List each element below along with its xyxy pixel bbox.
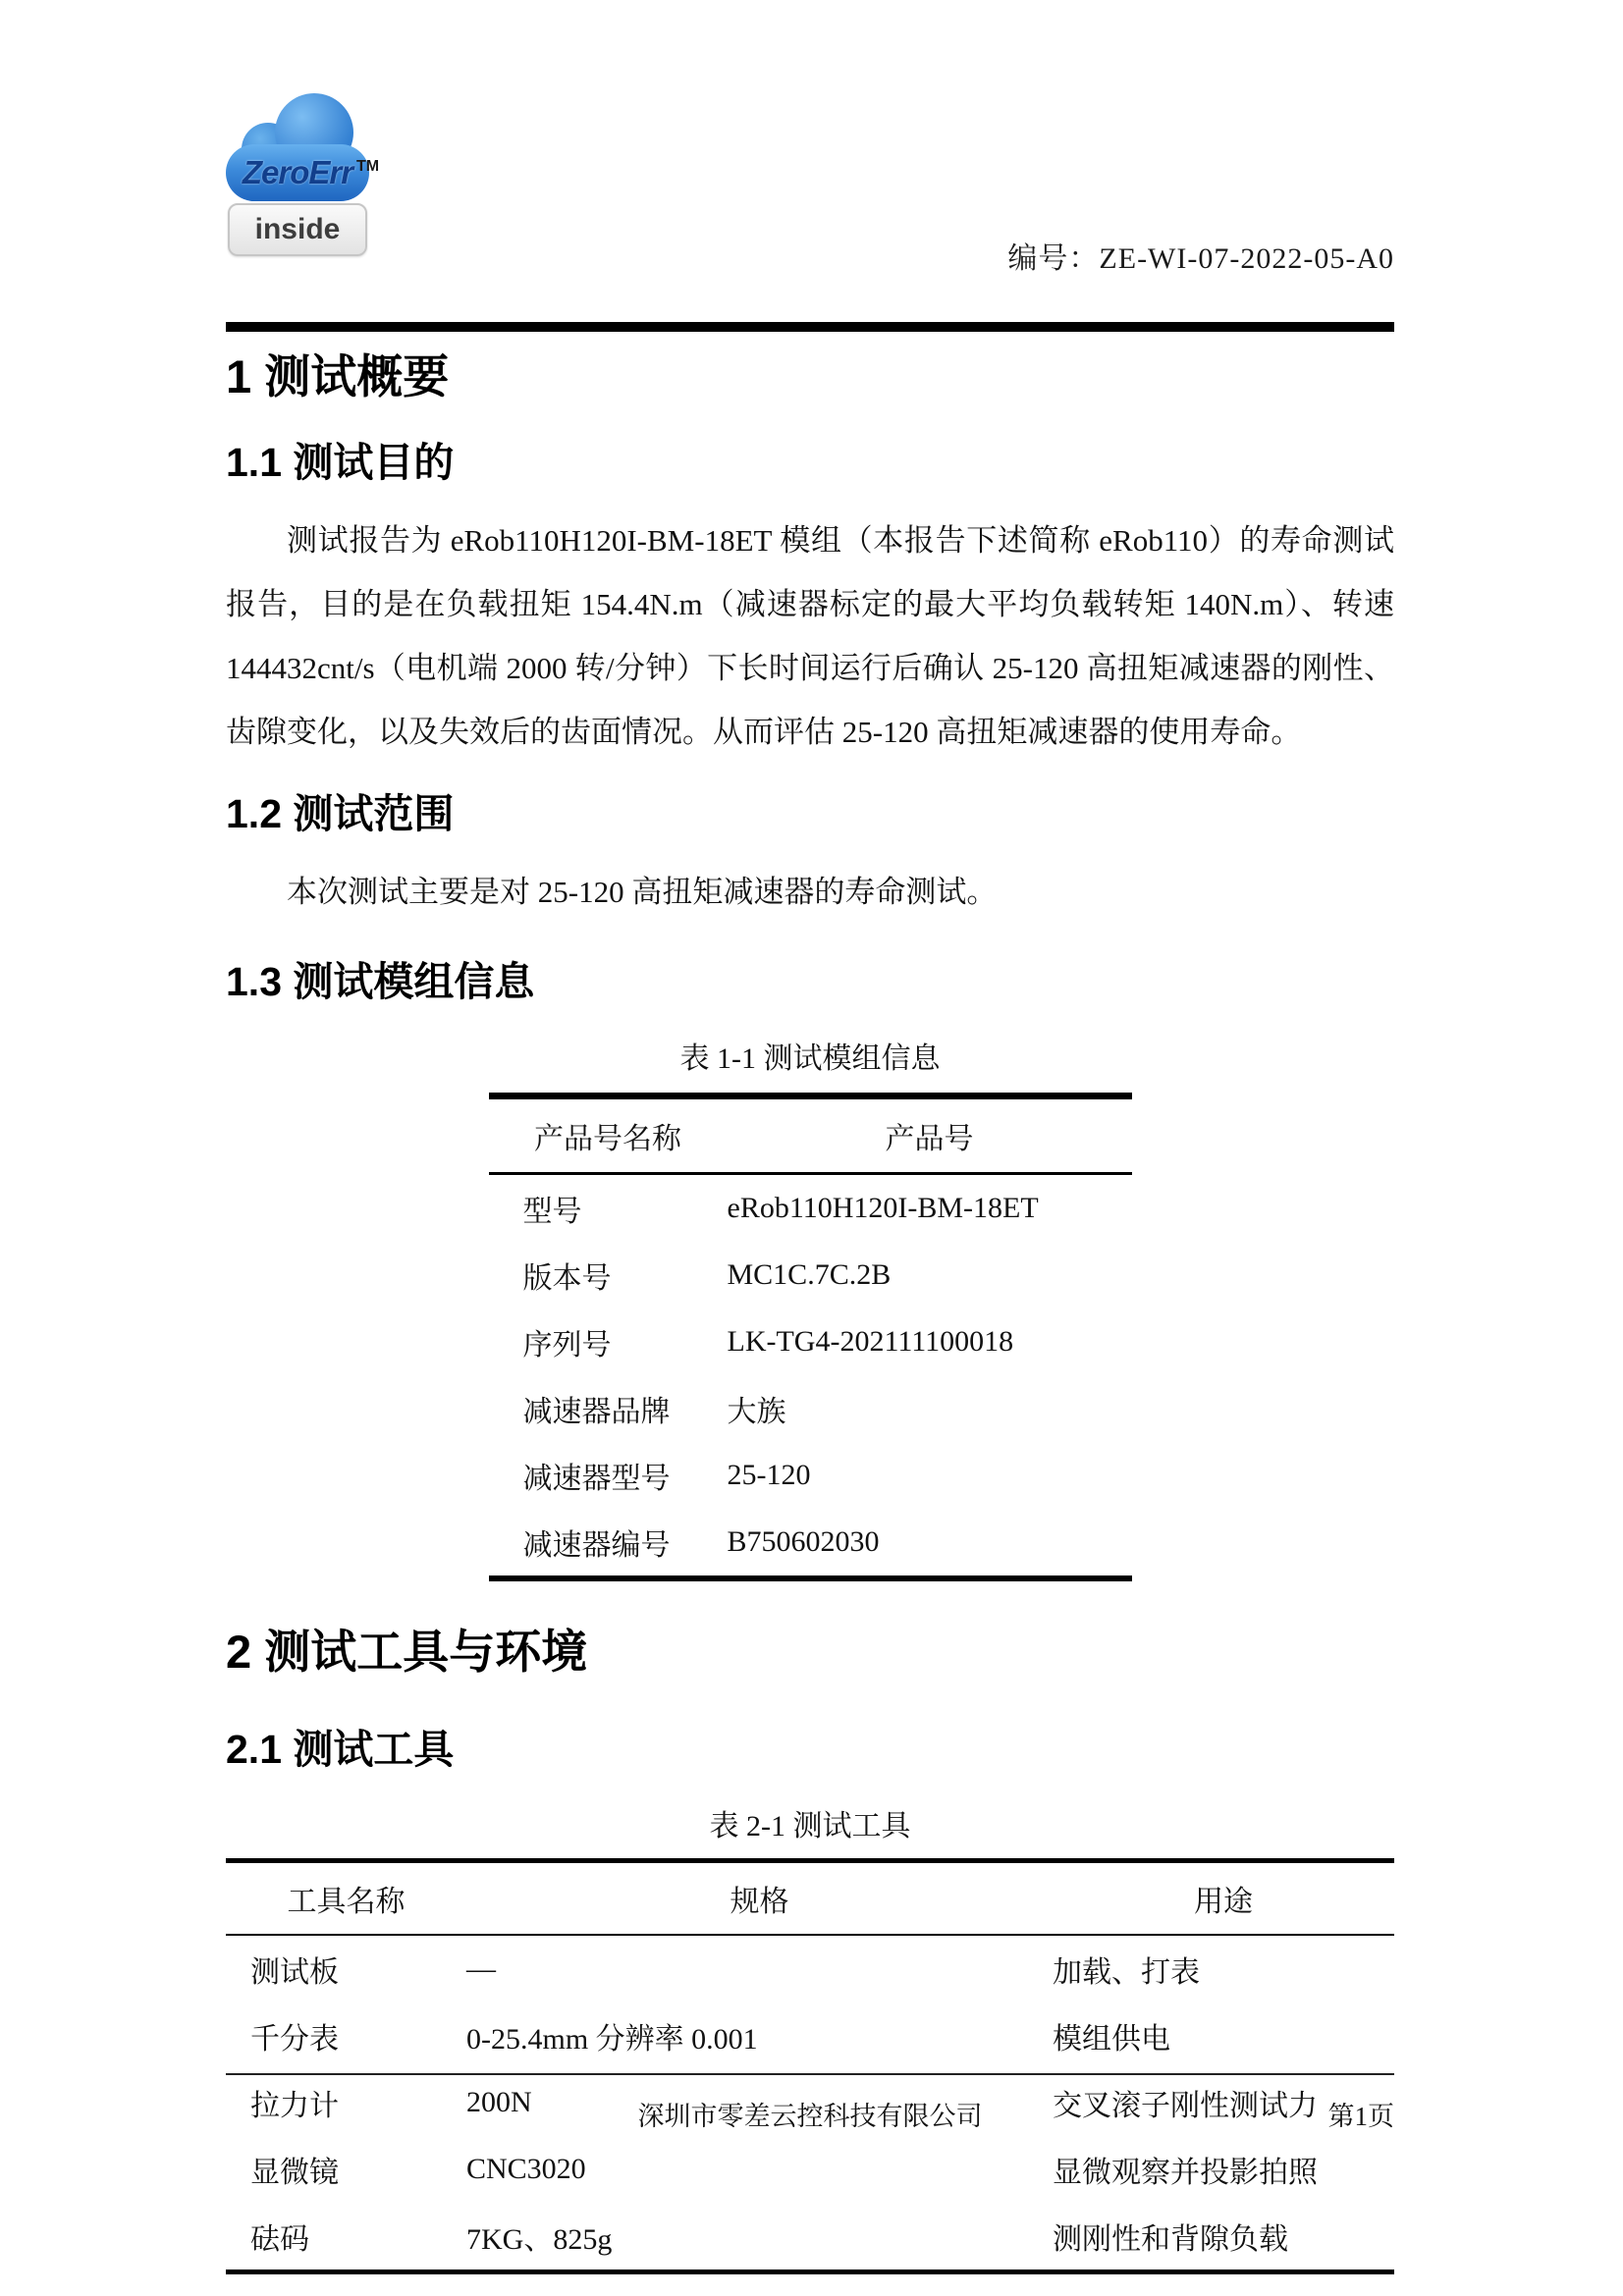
table-cell: 显微观察并投影拍照: [1053, 2136, 1394, 2203]
table-cell: 千分表: [226, 2002, 466, 2069]
table-2-1: 工具名称 规格 用途 测试板 — 加载、打表 千分表 0-25.4mm 分辨率 …: [226, 1858, 1394, 2274]
table-cell: 减速器编号: [489, 1509, 728, 1578]
table-row: 版本号 MC1C.7C.2B: [489, 1242, 1132, 1308]
table-row: 显微镜 CNC3020 显微观察并投影拍照: [226, 2136, 1394, 2203]
table-2-1-caption: 表 2-1 测试工具: [226, 1801, 1394, 1844]
table-row: 产品号名称 产品号: [489, 1096, 1132, 1174]
table-row: 砝码 7KG、825g 测刚性和背隙负载: [226, 2203, 1394, 2272]
section-1-2-paragraph: 本次测试主要是对 25-120 高扭矩减速器的寿命测试。: [226, 860, 1394, 924]
table-cell: 模组供电: [1053, 2002, 1394, 2069]
table-cell: 加载、打表: [1053, 1935, 1394, 2002]
table-cell: 7KG、825g: [466, 2203, 1053, 2272]
table-cell: 测刚性和背隙负载: [1053, 2203, 1394, 2272]
table-cell: 25-120: [728, 1442, 1132, 1509]
table-cell: 砝码: [226, 2203, 466, 2272]
table-cell: 型号: [489, 1174, 728, 1243]
table-1-1: 产品号名称 产品号 型号 eRob110H120I-BM-18ET 版本号 MC…: [489, 1093, 1132, 1581]
table-cell: 显微镜: [226, 2136, 466, 2203]
table-2-1-header-use: 用途: [1053, 1861, 1394, 1936]
table-1-1-header-value: 产品号: [728, 1096, 1132, 1174]
table-cell: B750602030: [728, 1509, 1132, 1578]
document-page: ZeroErr TM inside 编号：ZE-WI-07-2022-05-A0…: [0, 0, 1623, 2296]
section-1-3-title: 1.3 测试模组信息: [226, 955, 1394, 1008]
trademark-symbol: TM: [356, 158, 379, 176]
section-1-2-title: 1.2 测试范围: [226, 787, 1394, 840]
table-row: 序列号 LK-TG4-202111100018: [489, 1308, 1132, 1375]
table-cell: CNC3020: [466, 2136, 1053, 2203]
section-1-1-paragraph: 测试报告为 eRob110H120I-BM-18ET 模组（本报告下述简称 eR…: [226, 508, 1394, 764]
header-rule: [226, 322, 1394, 332]
document-number: 编号：ZE-WI-07-2022-05-A0: [1007, 234, 1394, 277]
table-cell: 减速器品牌: [489, 1375, 728, 1442]
table-cell: —: [466, 1935, 1053, 2002]
table-cell: 版本号: [489, 1242, 728, 1308]
table-row: 型号 eRob110H120I-BM-18ET: [489, 1174, 1132, 1243]
logo-inside-badge: inside: [228, 203, 367, 256]
section-1-title: 1 测试概要: [226, 347, 1394, 406]
logo-brand-text: ZeroErr: [243, 154, 352, 191]
table-cell: 0-25.4mm 分辨率 0.001: [466, 2002, 1053, 2069]
table-2-1-header-tool: 工具名称: [226, 1861, 466, 1936]
table-row: 工具名称 规格 用途: [226, 1861, 1394, 1936]
table-cell: 测试板: [226, 1935, 466, 2002]
table-row: 千分表 0-25.4mm 分辨率 0.001 模组供电: [226, 2002, 1394, 2069]
table-row: 测试板 — 加载、打表: [226, 1935, 1394, 2002]
section-2-1-title: 2.1 测试工具: [226, 1723, 1394, 1776]
page-header: ZeroErr TM inside 编号：ZE-WI-07-2022-05-A0: [226, 0, 1394, 285]
table-cell: 减速器型号: [489, 1442, 728, 1509]
zeroerr-logo: ZeroErr TM inside: [226, 93, 373, 260]
table-cell: MC1C.7C.2B: [728, 1242, 1132, 1308]
table-cell: 大族: [728, 1375, 1132, 1442]
table-1-1-header-name: 产品号名称: [489, 1096, 728, 1174]
footer-company: 深圳市零差云控科技有限公司: [638, 2102, 983, 2131]
table-cell: LK-TG4-202111100018: [728, 1308, 1132, 1375]
table-cell: 序列号: [489, 1308, 728, 1375]
cloud-base-icon: ZeroErr: [226, 144, 369, 201]
table-row: 减速器编号 B750602030: [489, 1509, 1132, 1578]
section-2-title: 2 测试工具与环境: [226, 1623, 1394, 1682]
table-2-1-header-spec: 规格: [466, 1861, 1053, 1936]
logo-inside-text: inside: [255, 213, 341, 246]
footer-page-number: 第1页: [1328, 2095, 1395, 2133]
page-footer: 深圳市零差云控科技有限公司 第1页: [226, 2073, 1394, 2133]
table-row: 减速器品牌 大族: [489, 1375, 1132, 1442]
table-cell: eRob110H120I-BM-18ET: [728, 1174, 1132, 1243]
table-row: 减速器型号 25-120: [489, 1442, 1132, 1509]
table-1-1-caption: 表 1-1 测试模组信息: [226, 1034, 1394, 1077]
section-1-1-title: 1.1 测试目的: [226, 436, 1394, 489]
